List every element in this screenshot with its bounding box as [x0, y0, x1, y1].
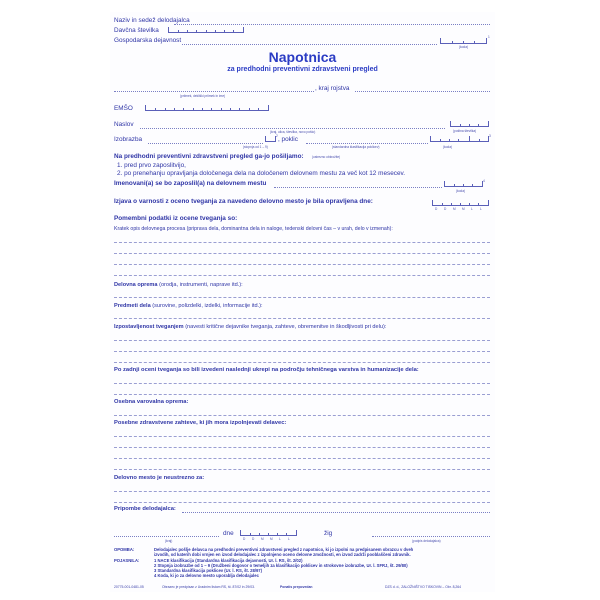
measures-line-2[interactable] [114, 394, 490, 395]
process-label: Kratek opis delovnega procesa (priprava … [114, 226, 393, 232]
position-label: Imenovani(a) se bo zaposlil(a) na delovn… [114, 180, 266, 187]
date-letter: M [270, 537, 273, 541]
occupation-field[interactable] [306, 143, 428, 144]
health-req-line-3[interactable] [114, 458, 490, 459]
pojasnila-label: POJASNILA: [114, 558, 139, 563]
equipment-label-rest: (orodja, instrumenti, naprave itd.): [158, 282, 243, 288]
emso-label: EMŠO [114, 105, 133, 112]
exposure-label-rest: (navesti kritične dejavnike tveganja, za… [184, 324, 387, 330]
postal-code-field[interactable] [450, 121, 489, 127]
occupation-label: , poklic [278, 136, 298, 143]
exposure-label-bold: Izpostavljenost tveganjem [114, 324, 184, 330]
education-level-field[interactable] [265, 136, 276, 142]
date-letter: L [471, 207, 473, 211]
health-req-line-2[interactable] [114, 447, 490, 448]
ppe-label: Osebna varovalna oprema: [114, 399, 188, 405]
education-label: Izobrazba [114, 136, 142, 143]
referral-option-2[interactable]: 2. po prenehanju opravljanja določenega … [117, 170, 405, 177]
birthplace-label: , kraj rojstva [315, 85, 349, 92]
process-line-2[interactable] [114, 253, 490, 254]
date-letter: M [462, 207, 465, 211]
footnote-marker: 1 [488, 35, 490, 39]
form-code: 20775-001-0481-05 [114, 585, 144, 589]
form-title: Napotnica [110, 49, 495, 65]
occupation-code-suffix-field[interactable] [469, 136, 489, 142]
birthplace-field[interactable] [355, 91, 490, 92]
measures-label: Po zadnji oceni tveganja so bili izveden… [114, 367, 419, 373]
business-activity-field[interactable] [182, 44, 437, 45]
employer-name-label: Naziv in sedež delodajalca [114, 17, 190, 24]
footnote-marker: 4 [483, 179, 485, 183]
health-req-line-4[interactable] [114, 469, 490, 470]
equipment-label-bold: Delovna oprema [114, 282, 158, 288]
position-field[interactable] [274, 187, 442, 188]
risk-heading: Pomembni podatki iz ocene tveganja so: [114, 215, 237, 222]
footnote-marker: 3 [489, 134, 491, 138]
objects-label-bold: Predmeti dela [114, 303, 151, 309]
date-letter: D [243, 537, 245, 541]
process-line-4[interactable] [114, 275, 490, 276]
remarks-label: Pripombe delodajalca: [114, 506, 176, 512]
person-name-field[interactable] [114, 91, 314, 92]
place-hint: (kraj) [165, 539, 172, 543]
pojasnila-item-4: 4 Koda, ki jo za delovno mesto uporablja… [154, 573, 259, 578]
position-code-hint: (koda) [456, 189, 465, 193]
objects-label: Predmeti dela (surovine, polizdelki, izd… [114, 303, 263, 309]
date-letter: L [288, 537, 290, 541]
exposure-line-1[interactable] [114, 340, 490, 341]
opomba-text-2: izvodih, od katerih dobi vrnjen en izvod… [154, 552, 411, 557]
date-letter: D [252, 537, 254, 541]
exposure-label: Izpostavljenost tveganjem (navesti kriti… [114, 324, 386, 330]
measures-line-1[interactable] [114, 383, 490, 384]
exposure-line-3[interactable] [114, 362, 490, 363]
business-activity-label: Gospodarska dejavnost [114, 37, 181, 44]
exposure-line-2[interactable] [114, 351, 490, 352]
date-letter: M [453, 207, 456, 211]
date-label: dne [223, 530, 234, 537]
regulation-note: Obrazec je predpisan z Uradnim listom RS… [162, 585, 255, 589]
health-requirements-label: Posebne zdravstvene zahteve, ki jih mora… [114, 420, 286, 426]
education-field[interactable] [148, 143, 263, 144]
position-code-field[interactable] [444, 181, 483, 187]
health-req-line-1[interactable] [114, 436, 490, 437]
occupation-hint: (standardna klasifikacija poklicev) [332, 145, 379, 149]
unsuitable-line-1[interactable] [114, 491, 490, 492]
signature-hint: (podpis delodajalca) [412, 539, 441, 543]
referral-hint: (ustrezno obkrožite) [312, 155, 340, 159]
stamp-label: žig [324, 530, 332, 537]
referral-option-1[interactable]: 1. pred prvo zaposlitvijo, [117, 162, 186, 169]
date-letter: L [279, 537, 281, 541]
occupation-code-hint: (koda) [443, 145, 452, 149]
date-letter: M [261, 537, 264, 541]
date-letter: D [435, 207, 437, 211]
place-field[interactable] [114, 536, 219, 537]
address-label: Naslov [114, 121, 134, 128]
unsuitable-line-2[interactable] [114, 502, 490, 503]
referral-form: Naziv in sedež delodajalca Davčna števil… [110, 12, 495, 592]
occupation-code-field[interactable] [430, 136, 470, 142]
referral-heading: Na predhodni preventivni zdravstveni pre… [114, 153, 304, 160]
safety-statement-date-field[interactable] [432, 200, 489, 206]
postal-hint: (poštna številka) [453, 129, 476, 133]
form-subtitle: za predhodni preventivni zdravstveni pre… [110, 66, 495, 73]
date-letter: L [480, 207, 482, 211]
equipment-label: Delovna oprema (orodja, instrumenti, nap… [114, 282, 243, 288]
tax-number-label: Davčna številka [114, 27, 159, 34]
business-activity-code-field[interactable] [440, 38, 487, 44]
signature-date-field[interactable] [240, 530, 297, 536]
publisher-note: DZS d. d., ZALOŽNIŠTVO TISKOVIN – Obr. 8… [385, 585, 461, 589]
copy-notice: Ponatis prepovedan [280, 585, 312, 589]
employer-name-field[interactable] [174, 24, 490, 25]
education-hint: (stopnja od 1 – 9) [243, 145, 268, 149]
signature-field[interactable] [372, 536, 490, 537]
objects-label-rest: (surovine, polizdelki, izdelki, informac… [151, 303, 263, 309]
tax-number-field[interactable] [168, 27, 244, 33]
ppe-line[interactable] [114, 415, 490, 416]
name-hint: (priimek, dekliški priimek in ime) [180, 94, 225, 98]
opomba-label: OPOMBA: [114, 547, 134, 552]
address-field[interactable] [140, 128, 445, 129]
emso-field[interactable] [145, 105, 269, 111]
process-line-3[interactable] [114, 264, 490, 265]
remarks-field[interactable] [182, 512, 490, 513]
safety-statement-label: Izjava o varnosti z oceno tveganja za na… [114, 198, 373, 205]
date-letter: D [444, 207, 446, 211]
unsuitable-label: Delovno mesto je neustrezno za: [114, 475, 204, 481]
process-line-1[interactable] [114, 242, 490, 243]
objects-line[interactable] [114, 318, 490, 319]
equipment-line[interactable] [114, 297, 490, 298]
